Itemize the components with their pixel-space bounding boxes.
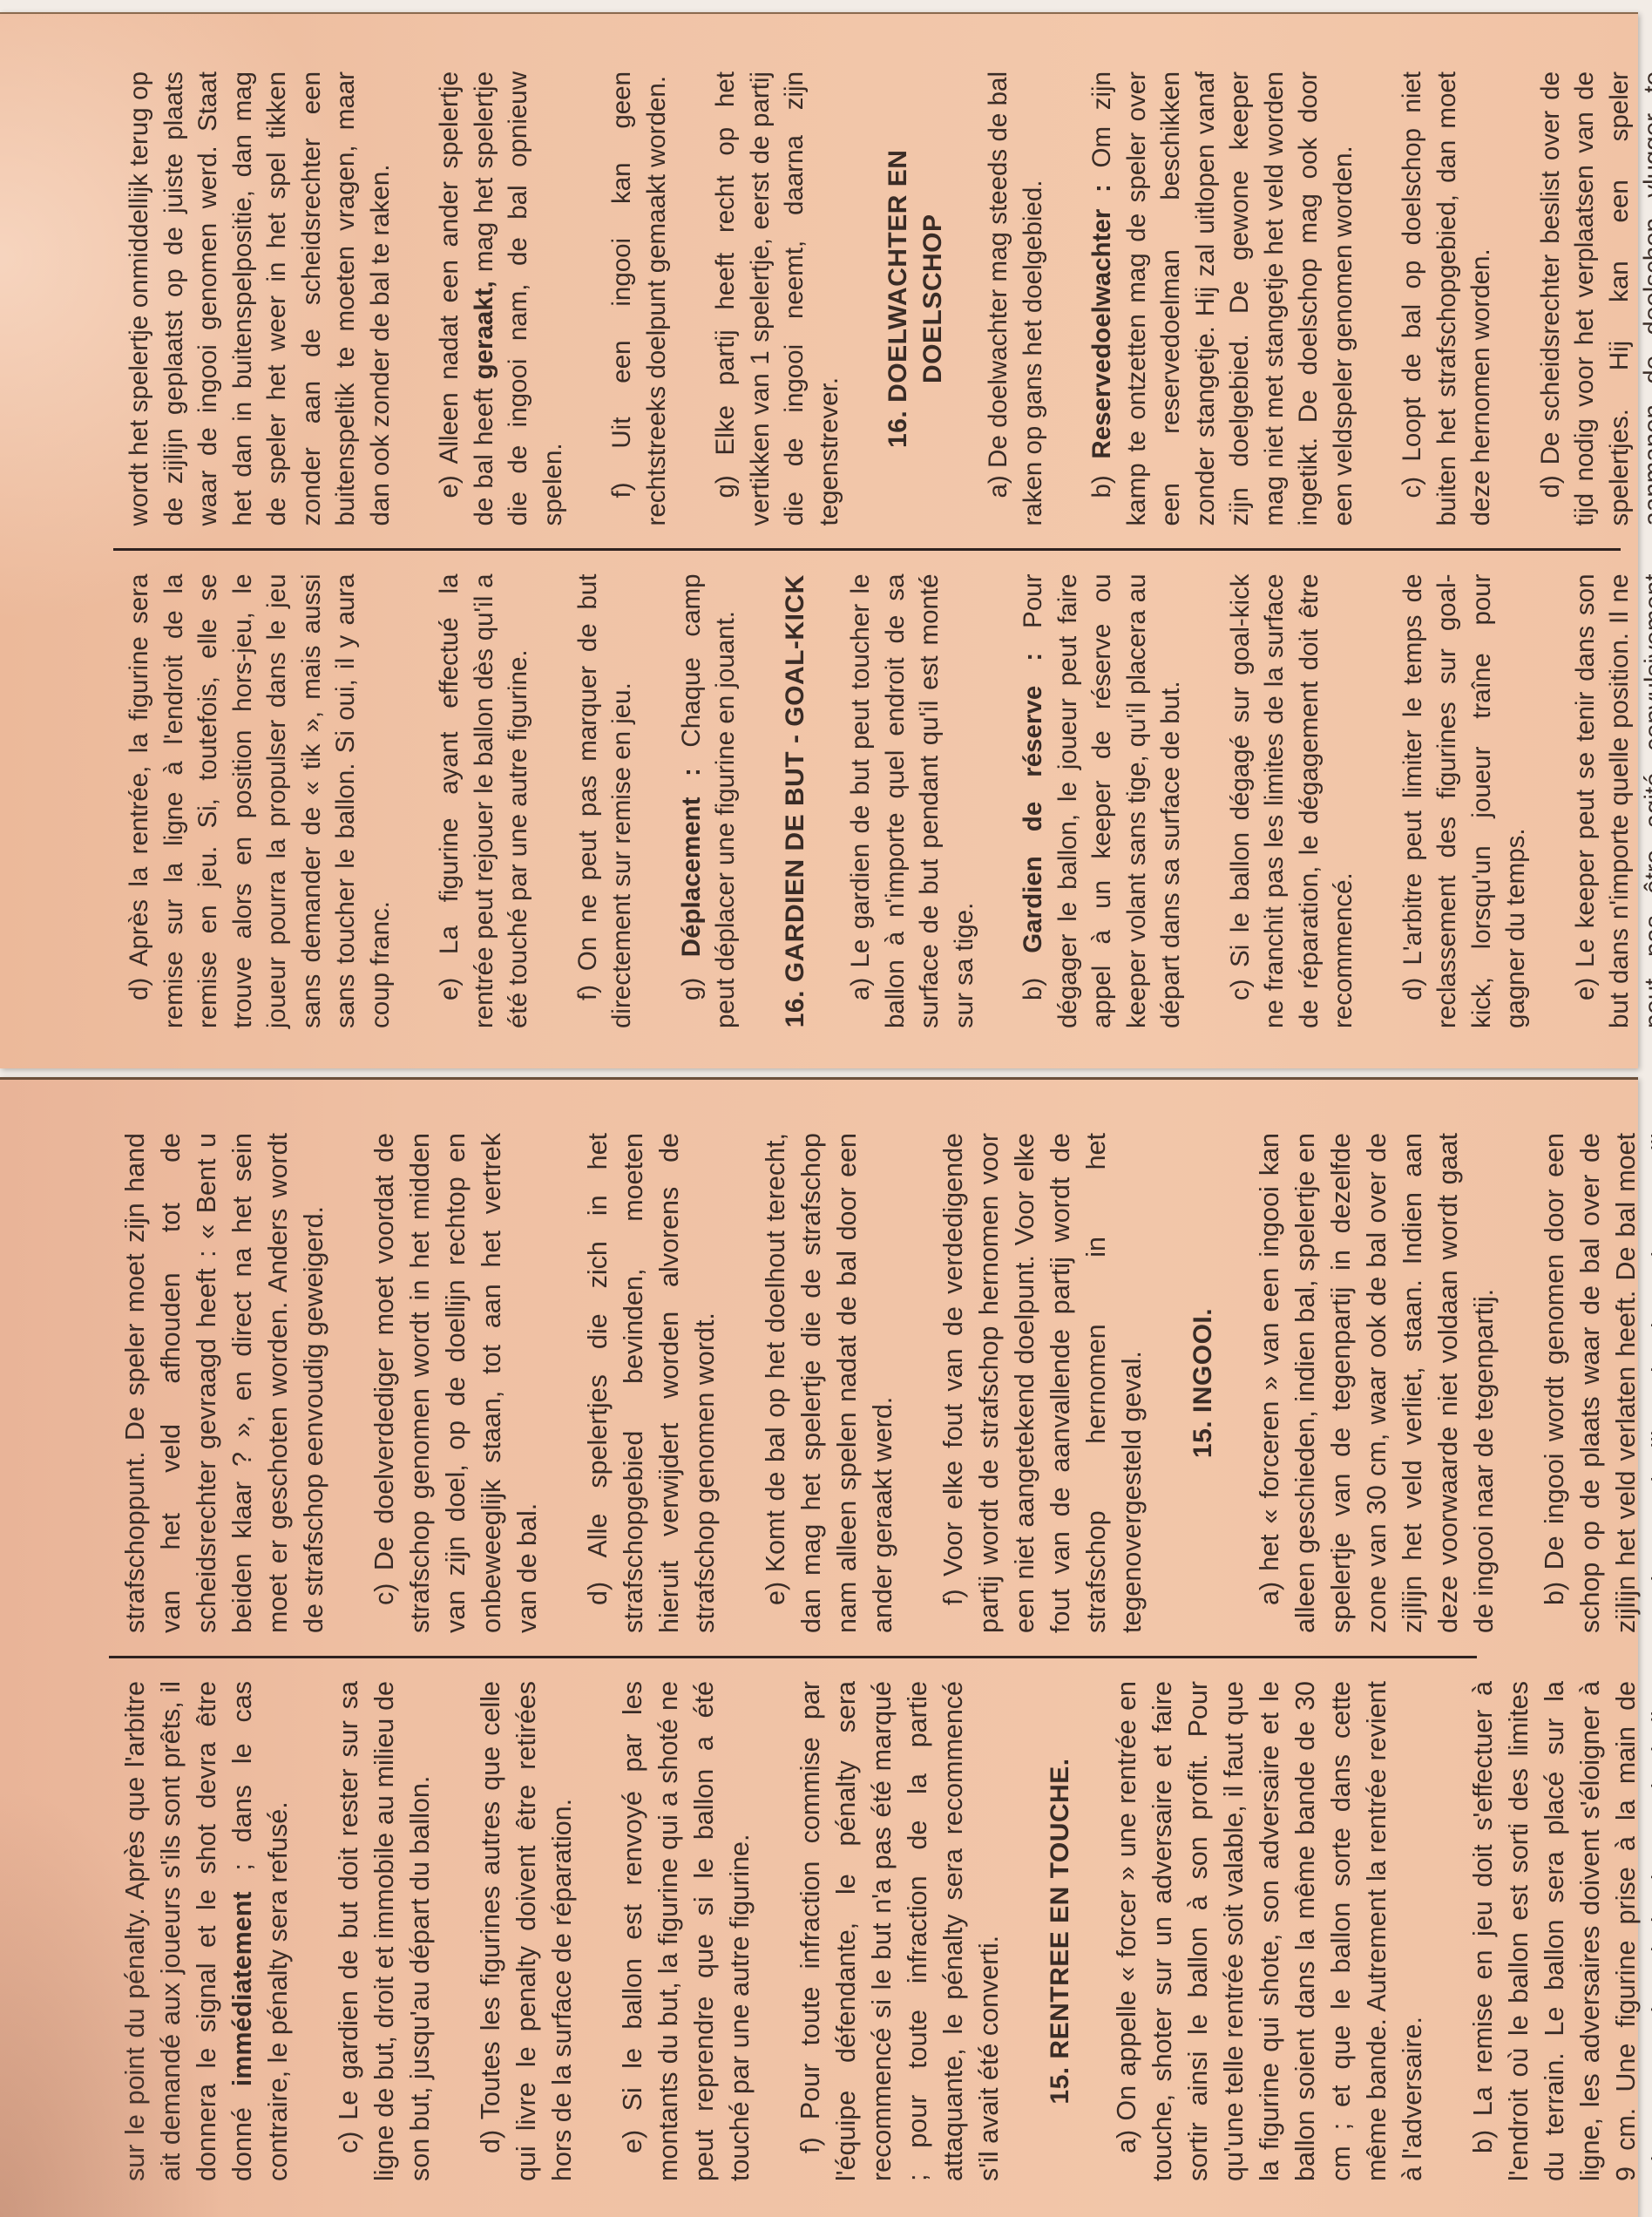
paragraph: e) Alleen nadat een ander spelertje de b… (432, 71, 570, 526)
paragraph-text: b) La remise en jeu doit s'effectuer à l… (1468, 1681, 1652, 2181)
paragraph-text: c) Loopt de bal op doelschop niet buiten… (1398, 71, 1495, 526)
paragraph: f) Uit een ingooi kan geen rechtstreeks … (605, 71, 674, 526)
paragraph-text: e) Le keeper peut se tenir dans son but … (1571, 574, 1652, 1029)
section-heading: 16. DOELWACHTER EN DOELSCHOP (881, 71, 950, 526)
paragraph: c) De doelverdediger moet voordat de str… (367, 1133, 545, 1633)
column-divider (109, 1656, 1477, 1658)
paragraph-text: e) La figurine ayant effectué la rentrée… (435, 574, 532, 1029)
paragraph-text: f) On ne peut pas marquer de but directe… (573, 574, 637, 1029)
paragraph-text: b) De ingooi wordt genomen door een scho… (1540, 1133, 1652, 1633)
paragraph: wordt het spelertje onmiddellijk terug o… (122, 71, 397, 526)
paragraph: e) Si le ballon est renvoyé par les mont… (615, 1681, 758, 2181)
booklet-page-top: d) Après la rentrée, la figurine sera re… (0, 12, 1638, 1068)
paragraph: a) De doelwachter mag steeds de bal rake… (981, 71, 1050, 526)
section-heading: 16. GARDIEN DE BUT - GOAL-KICK (778, 574, 813, 1029)
paragraph-text: c) Le gardien de but doit rester sur sa … (334, 1681, 435, 2181)
column-french: d) Après la rentrée, la figurine sera re… (122, 552, 1621, 1052)
paragraph: b) De ingooi wordt genomen door een scho… (1537, 1133, 1652, 1633)
paragraph-label: g) (677, 957, 706, 1000)
paragraph: e) Le keeper peut se tenir dans son but … (1568, 574, 1652, 1029)
paragraph: e) La figurine ayant effectué la rentrée… (432, 574, 536, 1029)
paragraph-text: a) het « forceren » van een ingooi kan a… (1255, 1133, 1499, 1633)
paragraph: strafschoppunt. De speler moet zijn hand… (118, 1133, 332, 1633)
paragraph: c) Loopt de bal op doelschop niet buiten… (1395, 71, 1499, 526)
paragraph-text: d) Alle spelertjes die zich in het straf… (583, 1133, 720, 1633)
paragraph: sur le point du pénalty. Après que l'arb… (118, 1681, 296, 2181)
paragraph: a) het « forceren » van een ingooi kan a… (1252, 1133, 1502, 1633)
paragraph-text: d) Toutes les figurines autres que celle… (476, 1681, 577, 2181)
column-dutch: strafschoppunt. De speler moet zijn hand… (118, 1110, 1477, 1656)
keyword: immédiatement (227, 1892, 257, 2087)
column-dutch: wordt het spelertje onmiddellijk terug o… (122, 49, 1621, 549)
paragraph-text: Om zijn kamp te ontzetten mag de speler … (1087, 71, 1357, 526)
page-text-frame: d) Après la rentrée, la figurine sera re… (122, 49, 1621, 1051)
column-divider (113, 549, 1621, 552)
paragraph: a) On appelle « forcer » une rentrée en … (1109, 1681, 1431, 2181)
paragraph-text: d) Après la rentrée, la figurine sera re… (125, 574, 395, 1029)
paragraph-text: f) Uit een ingooi kan geen rechtstreeks … (607, 71, 671, 526)
keyword: Gardien de réserve : (1019, 653, 1047, 953)
paragraph-text: f) Pour toute infraction commise par l'é… (796, 1681, 1004, 2181)
paragraph: g) Elke partij heeft recht op het vertik… (708, 71, 846, 526)
paragraph-text: g) Elke partij heeft recht op het vertik… (711, 71, 843, 526)
paragraph-text: d) De scheidsrechter beslist over de tij… (1536, 71, 1652, 526)
paragraph-text: wordt het spelertje onmiddellijk terug o… (125, 71, 395, 526)
paragraph-text: a) De doelwachter mag steeds de bal rake… (984, 71, 1047, 526)
paragraph-text: e) Komt de bal op het doelhout terecht, … (761, 1133, 897, 1633)
column-french: sur le point du pénalty. Après que l'arb… (118, 1658, 1477, 2204)
paragraph: a) Le gardien de but peut toucher le bal… (843, 574, 981, 1029)
keyword: Déplacement : (677, 768, 706, 957)
paragraph-text: f) Voor elke fout van de verdedigende pa… (938, 1133, 1147, 1633)
paragraph: f) Pour toute infraction commise par l'é… (793, 1681, 1007, 2181)
paragraph: b) Reservedoelwachter : Om zijn kamp te … (1085, 71, 1360, 526)
paragraph: b) La remise en jeu doit s'effectuer à l… (1466, 1681, 1652, 2181)
paragraph-text: c) Si le ballon dégagé sur goal-kick ne … (1226, 574, 1358, 1029)
paragraph: f) On ne peut pas marquer de but directe… (571, 574, 640, 1029)
keyword: geraakt, (470, 281, 498, 379)
paragraph: d) De scheidsrechter beslist over de tij… (1534, 71, 1652, 526)
paragraph-text: strafschoppunt. De speler moet zijn hand… (120, 1133, 328, 1633)
paragraph: c) Le gardien de but doit rester sur sa … (331, 1681, 438, 2181)
paragraph: d) Toutes les figurines autres que celle… (473, 1681, 580, 2181)
paragraph-text: e) Si le ballon est renvoyé par les mont… (618, 1681, 755, 2181)
paragraph: e) Komt de bal op het doelhout terecht, … (758, 1133, 901, 1633)
paragraph-label: b) (1019, 953, 1047, 1000)
booklet-page-bottom: sur le point du pénalty. Après que l'arb… (0, 1077, 1638, 2217)
paragraph: g) Déplacement : Chaque camp peut déplac… (674, 574, 743, 1029)
paragraph-label: b) (1087, 459, 1116, 498)
page-text-frame: sur le point du pénalty. Après que l'arb… (118, 1110, 1477, 2204)
section-heading: 15. RENTREE EN TOUCHE. (1042, 1681, 1078, 2181)
paragraph: c) Si le ballon dégagé sur goal-kick ne … (1223, 574, 1361, 1029)
paragraph: d) Après la rentrée, la figurine sera re… (122, 574, 397, 1029)
paragraph-text: c) De doelverdediger moet voordat de str… (369, 1133, 542, 1633)
section-heading: 15. INGOOI. (1185, 1133, 1221, 1633)
paragraph: d) L'arbitre peut limiter le temps de re… (1396, 574, 1534, 1029)
paragraph-text: d) L'arbitre peut limiter le temps de re… (1398, 574, 1531, 1029)
paragraph-text: a) On appelle « forcer » une rentrée en … (1112, 1681, 1427, 2181)
paragraph-text: a) Le gardien de but peut toucher le bal… (846, 574, 978, 1029)
paragraph: f) Voor elke fout van de verdedigende pa… (936, 1133, 1150, 1633)
keyword: Reservedoelwachter : (1087, 184, 1116, 458)
paragraph: d) Alle spelertjes die zich in het straf… (580, 1133, 723, 1633)
paragraph: b) Gardien de réserve : Pour dégager le … (1016, 574, 1188, 1029)
